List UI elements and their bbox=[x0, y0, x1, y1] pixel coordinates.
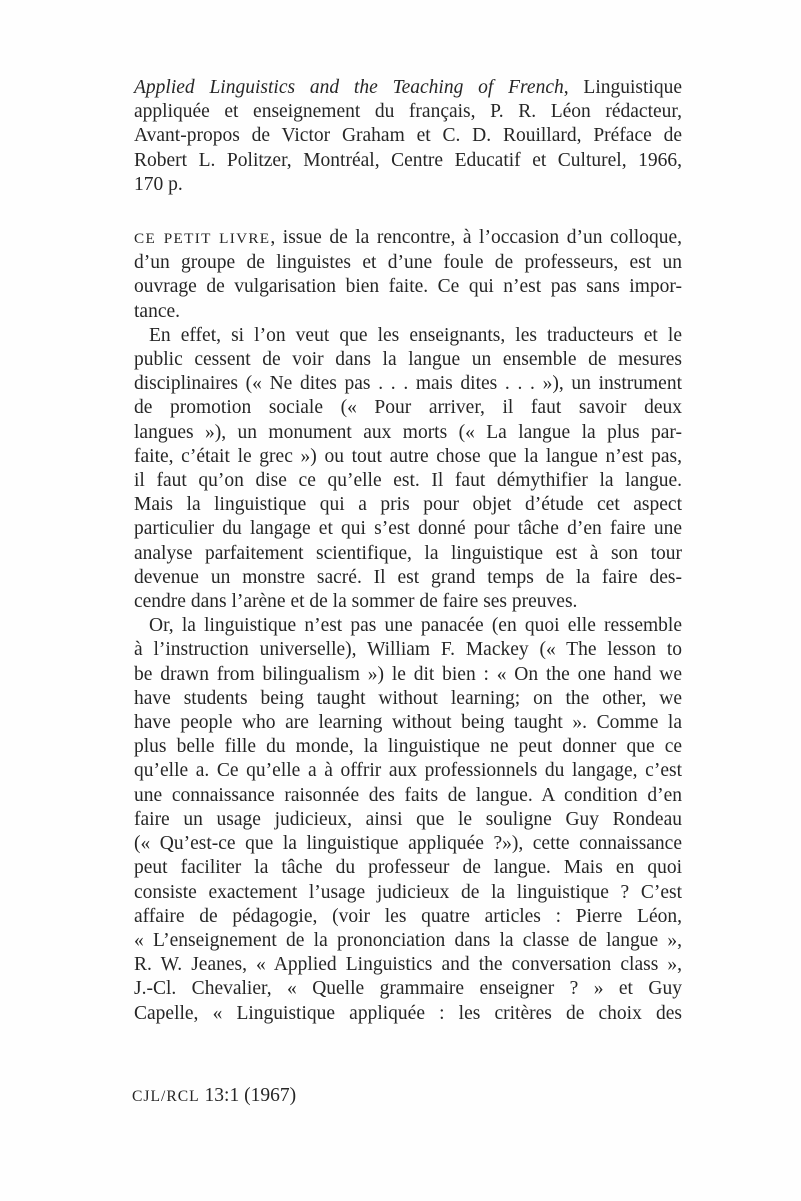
text-line: particulier du langage et qui s’est donn… bbox=[134, 517, 682, 541]
text-segment: , Linguistique bbox=[564, 77, 682, 98]
text-line: (« Qu’est-ce que la linguistique appliqu… bbox=[134, 832, 682, 856]
text-line: tance. bbox=[134, 300, 682, 324]
scanned-page: Applied Linguistics and the Teaching of … bbox=[0, 0, 801, 1201]
text-segment: « L’enseignement de la prononciation dan… bbox=[134, 930, 682, 951]
paragraph: En effet, si l’on veut que les enseignan… bbox=[134, 324, 682, 614]
text-segment: have students being taught without learn… bbox=[134, 688, 682, 709]
book-citation: Applied Linguistics and the Teaching of … bbox=[134, 76, 682, 197]
text-line: Robert L. Politzer, Montréal, Centre Edu… bbox=[134, 149, 682, 173]
text-segment: plus belle fille du monde, la linguistiq… bbox=[134, 736, 682, 757]
text-line: CE PETIT LIVRE, issue de la rencontre, à… bbox=[134, 226, 682, 251]
text-segment: faite, c’était le grec ») ou tout autre … bbox=[134, 446, 682, 467]
text-line: affaire de pédagogie, (voir les quatre a… bbox=[134, 905, 682, 929]
text-segment: R. W. Jeanes, « Applied Linguistics and … bbox=[134, 954, 682, 975]
text-segment: tance. bbox=[134, 301, 180, 322]
text-segment: Mais la linguistique qui a pris pour obj… bbox=[134, 494, 682, 515]
text-line: langues »), un monument aux morts (« La … bbox=[134, 421, 682, 445]
text-segment: J.-Cl. Chevalier, « Quelle grammaire ens… bbox=[134, 978, 682, 999]
italic-text: Applied Linguistics and the Teaching of … bbox=[134, 77, 564, 98]
journal-footer: CJL/RCL 13:1 (1967) bbox=[132, 1085, 296, 1107]
text-segment: Or, la linguistique n’est pas une panacé… bbox=[149, 615, 682, 636]
text-line: Applied Linguistics and the Teaching of … bbox=[134, 76, 682, 100]
text-segment: affaire de pédagogie, (voir les quatre a… bbox=[134, 906, 682, 927]
text-line: appliquée et enseignement du français, P… bbox=[134, 100, 682, 124]
text-segment: analyse parfaitement scientifique, la li… bbox=[134, 543, 682, 564]
text-segment: qu’elle a. Ce qu’elle a à offrir aux pro… bbox=[134, 760, 682, 781]
body-paragraphs: CE PETIT LIVRE, issue de la rencontre, à… bbox=[134, 226, 682, 1026]
text-segment: 170 p. bbox=[134, 174, 183, 195]
text-segment: En effet, si l’on veut que les enseignan… bbox=[149, 325, 682, 346]
text-segment: be drawn from bilingualism ») le dit bie… bbox=[134, 664, 682, 685]
text-segment: Capelle, « Linguistique appliquée : les … bbox=[134, 1003, 682, 1024]
text-line: « L’enseignement de la prononciation dan… bbox=[134, 929, 682, 953]
text-line: J.-Cl. Chevalier, « Quelle grammaire ens… bbox=[134, 977, 682, 1001]
text-line: consiste exactement l’usage judicieux de… bbox=[134, 881, 682, 905]
smallcaps-text: CE PETIT LIVRE bbox=[134, 230, 270, 247]
text-segment: cendre dans l’arène et de la sommer de f… bbox=[134, 591, 577, 612]
text-line: Capelle, « Linguistique appliquée : les … bbox=[134, 1002, 682, 1026]
text-line: d’un groupe de linguistes et d’une foule… bbox=[134, 251, 682, 275]
text-line: Mais la linguistique qui a pris pour obj… bbox=[134, 493, 682, 517]
text-line: une connaissance raisonnée des faits de … bbox=[134, 784, 682, 808]
text-line: En effet, si l’on veut que les enseignan… bbox=[134, 324, 682, 348]
text-line: 170 p. bbox=[134, 173, 682, 197]
text-segment: 13:1 (1967) bbox=[200, 1085, 296, 1106]
smallcaps-text: CJL/RCL bbox=[132, 1088, 200, 1105]
text-segment: particulier du langage et qui s’est donn… bbox=[134, 518, 682, 539]
text-segment: appliquée et enseignement du français, P… bbox=[134, 101, 682, 122]
text-line: faite, c’était le grec ») ou tout autre … bbox=[134, 445, 682, 469]
text-segment: (« Qu’est-ce que la linguistique appliqu… bbox=[134, 833, 682, 854]
text-line: ouvrage de vulgarisation bien faite. Ce … bbox=[134, 275, 682, 299]
text-line: analyse parfaitement scientifique, la li… bbox=[134, 542, 682, 566]
text-segment: consiste exactement l’usage judicieux de… bbox=[134, 882, 682, 903]
text-column: Applied Linguistics and the Teaching of … bbox=[134, 76, 682, 1026]
text-line: Or, la linguistique n’est pas une panacé… bbox=[134, 614, 682, 638]
text-segment: have people who are learning without bei… bbox=[134, 712, 682, 733]
text-line: plus belle fille du monde, la linguistiq… bbox=[134, 735, 682, 759]
text-line: R. W. Jeanes, « Applied Linguistics and … bbox=[134, 953, 682, 977]
text-segment: il faut qu’on dise ce qu’elle est. Il fa… bbox=[134, 470, 682, 491]
text-line: have students being taught without learn… bbox=[134, 687, 682, 711]
text-line: à l’instruction universelle), William F.… bbox=[134, 638, 682, 662]
text-segment: à l’instruction universelle), William F.… bbox=[134, 639, 682, 660]
text-segment: langues »), un monument aux morts (« La … bbox=[134, 422, 682, 443]
text-segment: , issue de la rencontre, à l’occasion d’… bbox=[270, 227, 682, 248]
text-line: devenue un monstre sacré. Il est grand t… bbox=[134, 566, 682, 590]
text-line: public cessent de voir dans la langue un… bbox=[134, 348, 682, 372]
text-segment: d’un groupe de linguistes et d’une foule… bbox=[134, 252, 682, 273]
text-segment: peut faciliter la tâche du professeur de… bbox=[134, 857, 682, 878]
text-segment: public cessent de voir dans la langue un… bbox=[134, 349, 682, 370]
text-segment: Avant-propos de Victor Graham et C. D. R… bbox=[134, 125, 682, 146]
text-segment: Robert L. Politzer, Montréal, Centre Edu… bbox=[134, 150, 682, 171]
text-segment: de promotion sociale (« Pour arriver, il… bbox=[134, 397, 682, 418]
text-line: have people who are learning without bei… bbox=[134, 711, 682, 735]
paragraph: CE PETIT LIVRE, issue de la rencontre, à… bbox=[134, 226, 682, 324]
text-segment: faire un usage judicieux, ainsi que le s… bbox=[134, 809, 682, 830]
text-line: disciplinaires (« Ne dites pas . . . mai… bbox=[134, 372, 682, 396]
text-line: qu’elle a. Ce qu’elle a à offrir aux pro… bbox=[134, 759, 682, 783]
paragraph: Or, la linguistique n’est pas une panacé… bbox=[134, 614, 682, 1025]
text-line: il faut qu’on dise ce qu’elle est. Il fa… bbox=[134, 469, 682, 493]
text-segment: une connaissance raisonnée des faits de … bbox=[134, 785, 682, 806]
text-line: cendre dans l’arène et de la sommer de f… bbox=[134, 590, 682, 614]
text-line: peut faciliter la tâche du professeur de… bbox=[134, 856, 682, 880]
text-line: faire un usage judicieux, ainsi que le s… bbox=[134, 808, 682, 832]
text-segment: ouvrage de vulgarisation bien faite. Ce … bbox=[134, 276, 682, 297]
text-segment: disciplinaires (« Ne dites pas . . . mai… bbox=[134, 373, 682, 394]
text-line: Avant-propos de Victor Graham et C. D. R… bbox=[134, 124, 682, 148]
text-line: de promotion sociale (« Pour arriver, il… bbox=[134, 396, 682, 420]
text-segment: devenue un monstre sacré. Il est grand t… bbox=[134, 567, 682, 588]
text-line: be drawn from bilingualism ») le dit bie… bbox=[134, 663, 682, 687]
